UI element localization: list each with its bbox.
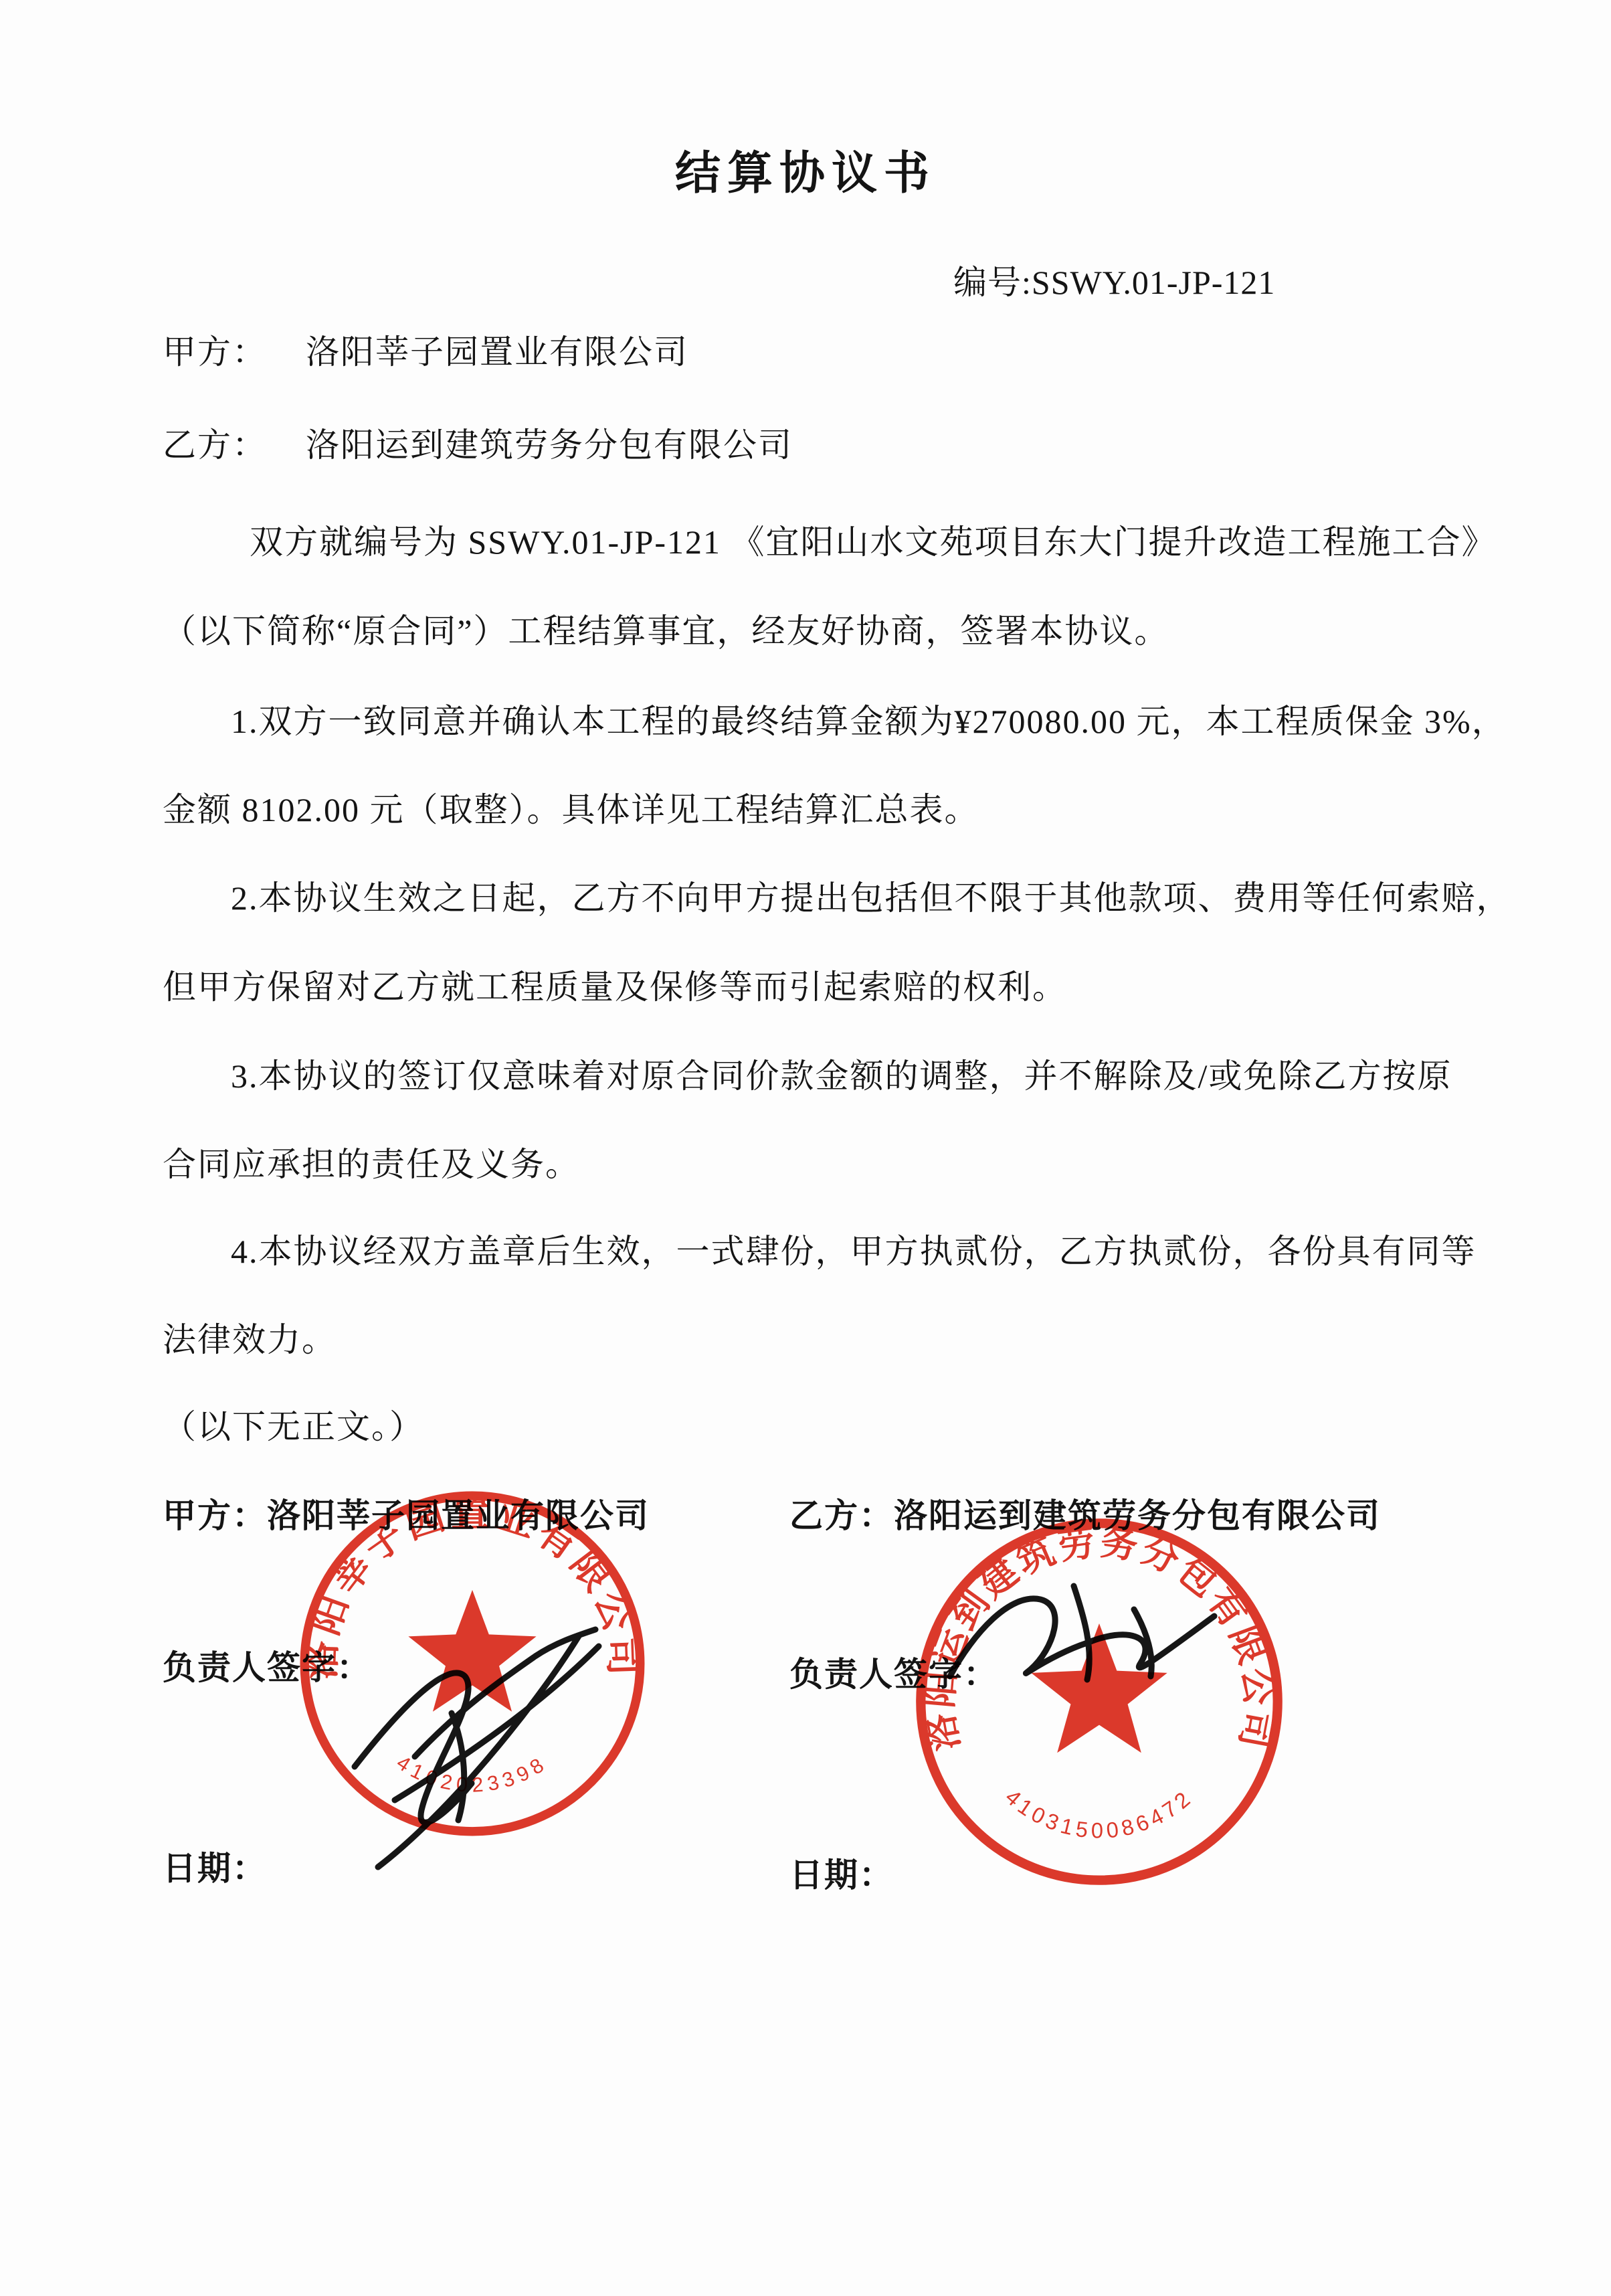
party-b-line: 乙方：洛阳运到建筑劳务分包有限公司: [163, 418, 793, 466]
body-line: 3.本协议的签订仅意味着对原合同价款金额的调整，并不解除及/或免除乙方按原: [231, 1049, 1452, 1097]
body-line: 金额 8102.00 元（取整）。具体详见工程结算汇总表。: [163, 783, 979, 831]
body-line: 但甲方保留对乙方就工程质量及保修等而引起索赔的权利。: [163, 960, 1067, 1008]
body-line: 双方就编号为 SSWY.01-JP-121 《宜阳山水文苑项目东大门提升改造工程…: [250, 515, 1497, 563]
settlement-agreement-page: 结算协议书 编号:SSWY.01-JP-121 甲方：洛阳莘子园置业有限公司 乙…: [0, 0, 1611, 2296]
body-line: 2.本协议生效之日起，乙方不向甲方提出包括但不限于其他款项、费用等任何索赔，: [231, 871, 1511, 919]
stamp-b-serial-text: 4103150086472: [1001, 1785, 1198, 1843]
date-label-party-a: 日期：: [163, 1842, 267, 1890]
party-a-line: 甲方：洛阳莘子园置业有限公司: [163, 325, 688, 373]
party-a-label: 甲方：: [163, 325, 267, 373]
page-title: 结算协议书: [0, 137, 1611, 202]
svg-text:4103150086472: 4103150086472: [1001, 1785, 1198, 1843]
body-line: 合同应承担的责任及义务。: [163, 1138, 580, 1186]
body-line: 1.双方一致同意并确认本工程的最终结算金额为¥270080.00 元，本工程质保…: [231, 695, 1507, 743]
document-number: 编号:SSWY.01-JP-121: [953, 256, 1275, 304]
party-b-name: 洛阳运到建筑劳务分包有限公司: [306, 418, 793, 466]
party-b-label: 乙方：: [163, 418, 267, 466]
signature-party-b-label: 乙方：: [789, 1497, 894, 1534]
date-label-party-b: 日期：: [789, 1848, 894, 1896]
party-a-name: 洛阳莘子园置业有限公司: [306, 325, 688, 373]
body-line: （以下简称“原合同”）工程结算事宜，经友好协商，签署本协议。: [163, 604, 1169, 652]
signature-scribble-party-a: [314, 1599, 622, 1880]
body-line: 法律效力。: [163, 1313, 337, 1361]
signature-scribble-party-b: [933, 1569, 1228, 1703]
body-line: 4.本协议经双方盖章后生效，一式肆份，甲方执贰份，乙方执贰份，各份具有同等: [231, 1225, 1477, 1273]
body-line: （以下无正文。）: [163, 1400, 424, 1448]
signature-party-a-label: 甲方：: [163, 1497, 267, 1534]
